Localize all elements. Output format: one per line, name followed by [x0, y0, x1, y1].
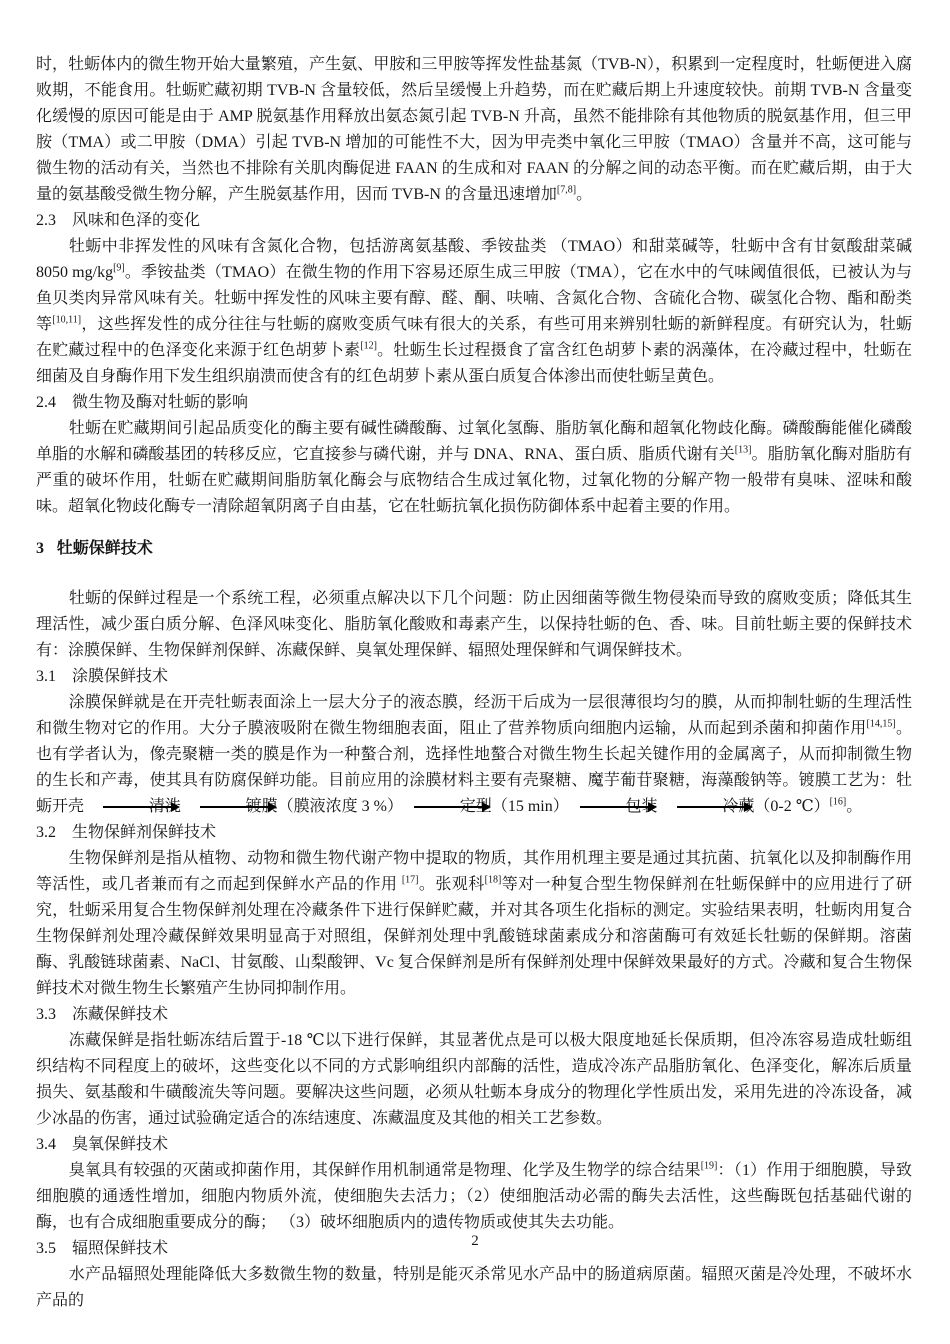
paragraph: 臭氧具有较强的灭菌或抑菌作用，其保鲜作用机制通常是物理、化学及生物学的综合结果[… — [36, 1158, 912, 1236]
arrow-head-icon — [648, 802, 657, 812]
citation-ref: [10,11] — [52, 315, 81, 326]
section-number: 2.3 — [36, 212, 56, 229]
section-number: 3.3 — [36, 1006, 56, 1023]
text-run: 臭氧具有较强的灭菌或抑菌作用，其保鲜作用机制通常是物理、化学及生物学的综合结果 — [69, 1162, 701, 1179]
text-run: （0-2 ℃） — [754, 798, 829, 815]
arrow-shaft — [580, 806, 651, 808]
section-heading-2.4: 2.4微生物及酶对牡蛎的影响 — [36, 390, 912, 416]
text-run: （膜液浓度 3 %） — [278, 798, 427, 815]
section-number: 3 — [36, 540, 44, 557]
text-run: 牡蛎的保鲜过程是一个系统工程，必须重点解决以下几个问题：防止因细菌等微生物侵染而… — [36, 590, 912, 659]
section-title: 生物保鲜剂保鲜技术 — [72, 824, 216, 841]
paragraph: 冻藏保鲜是指牡蛎冻结后置于-18 ℃以下进行保鲜，其显著优点是可以极大限度地延长… — [36, 1028, 912, 1132]
paragraph: 牡蛎中非挥发性的风味有含氮化合物，包括游离氨基酸、季铵盐类 （TMAO）和甜菜碱… — [36, 234, 912, 390]
citation-ref: [7,8] — [557, 185, 576, 196]
section-title: 冻藏保鲜技术 — [72, 1006, 168, 1023]
text-run: 冻藏保鲜是指牡蛎冻结后置于-18 ℃以下进行保鲜，其显著优点是可以极大限度地延长… — [36, 1032, 912, 1127]
section-title: 牡蛎保鲜技术 — [57, 540, 153, 557]
citation-ref: [13] — [735, 445, 752, 456]
citation-ref: [12] — [360, 341, 377, 352]
arrow-shaft — [200, 806, 271, 808]
text-run: （15 min） — [492, 798, 593, 815]
text-run: 。 — [846, 798, 862, 815]
arrow-shaft — [103, 806, 174, 808]
citation-ref: [14,15] — [867, 719, 896, 730]
paragraph: 涂膜保鲜就是在开壳牡蛎表面涂上一层大分子的液态膜，经沥干后成为一层很薄很均匀的膜… — [36, 690, 912, 820]
paragraph: 水产品辐照处理能降低大多数微生物的数量，特别是能灭杀常见水产品中的肠道病原菌。辐… — [36, 1262, 912, 1314]
arrow-shaft — [677, 806, 748, 808]
paragraph: 时，牡蛎体内的微生物开始大量繁殖，产生氨、甲胺和三甲胺等挥发性盐基氮（TVB-N… — [36, 52, 912, 208]
citation-ref: [16] — [830, 797, 847, 808]
section-title: 臭氧保鲜技术 — [72, 1136, 168, 1153]
document-body: 时，牡蛎体内的微生物开始大量繁殖，产生氨、甲胺和三甲胺等挥发性盐基氮（TVB-N… — [36, 52, 912, 1314]
citation-ref: [9] — [113, 263, 125, 274]
section-heading-3.3: 3.3冻藏保鲜技术 — [36, 1002, 912, 1028]
document-page: 时，牡蛎体内的微生物开始大量繁殖，产生氨、甲胺和三甲胺等挥发性盐基氮（TVB-N… — [0, 0, 950, 1344]
citation-ref: [19] — [701, 1161, 718, 1172]
paragraph: 牡蛎的保鲜过程是一个系统工程，必须重点解决以下几个问题：防止因细菌等微生物侵染而… — [36, 586, 912, 664]
text-run: 。 — [576, 186, 592, 203]
paragraph: 生物保鲜剂是指从植物、动物和微生物代谢产物中提取的物质，其作用机理主要是通过其抗… — [36, 846, 912, 1002]
process-step-with-arrow: 冷藏 — [690, 794, 755, 820]
process-step-with-arrow: 包装 — [593, 794, 658, 820]
citation-ref: [18] — [485, 875, 502, 886]
section-heading-3: 3牡蛎保鲜技术 — [36, 536, 912, 562]
text-run: 涂膜保鲜就是在开壳牡蛎表面涂上一层大分子的液态膜，经沥干后成为一层很薄很均匀的膜… — [36, 694, 912, 737]
text-run: 等对一种复合型生物保鲜剂在牡蛎保鲜中的应用进行了研究，牡蛎采用复合生物保鲜剂处理… — [36, 876, 912, 997]
section-heading-3.4: 3.4臭氧保鲜技术 — [36, 1132, 912, 1158]
process-step-with-arrow: 清洗 — [116, 794, 181, 820]
page-number: 2 — [0, 1228, 950, 1254]
arrow-head-icon — [482, 802, 491, 812]
section-heading-3.1: 3.1涂膜保鲜技术 — [36, 664, 912, 690]
paragraph: 牡蛎在贮藏期间引起品质变化的酶主要有碱性磷酸酶、过氧化氢酶、脂肪氧化酶和超氧化物… — [36, 416, 912, 520]
section-number: 2.4 — [36, 394, 56, 411]
section-title: 微生物及酶对牡蛎的影响 — [72, 394, 248, 411]
section-number: 3.2 — [36, 824, 56, 841]
citation-ref: [17] — [402, 875, 419, 886]
process-step-with-arrow: 镀膜 — [213, 794, 278, 820]
section-title: 涂膜保鲜技术 — [72, 668, 168, 685]
text-run: 时，牡蛎体内的微生物开始大量繁殖，产生氨、甲胺和三甲胺等挥发性盐基氮（TVB-N… — [36, 56, 912, 203]
section-number: 3.4 — [36, 1136, 56, 1153]
section-title: 风味和色泽的变化 — [72, 212, 200, 229]
text-run: 。张观科 — [418, 876, 484, 893]
section-heading-3.2: 3.2生物保鲜剂保鲜技术 — [36, 820, 912, 846]
section-heading-2.3: 2.3风味和色泽的变化 — [36, 208, 912, 234]
process-step-with-arrow: 定型 — [427, 794, 492, 820]
section-number: 3.1 — [36, 668, 56, 685]
arrow-shaft — [414, 806, 485, 808]
text-run: 水产品辐照处理能降低大多数微生物的数量，特别是能灭杀常见水产品中的肠道病原菌。辐… — [36, 1266, 912, 1309]
arrow-head-icon — [744, 802, 753, 812]
arrow-head-icon — [171, 802, 180, 812]
arrow-head-icon — [268, 802, 277, 812]
